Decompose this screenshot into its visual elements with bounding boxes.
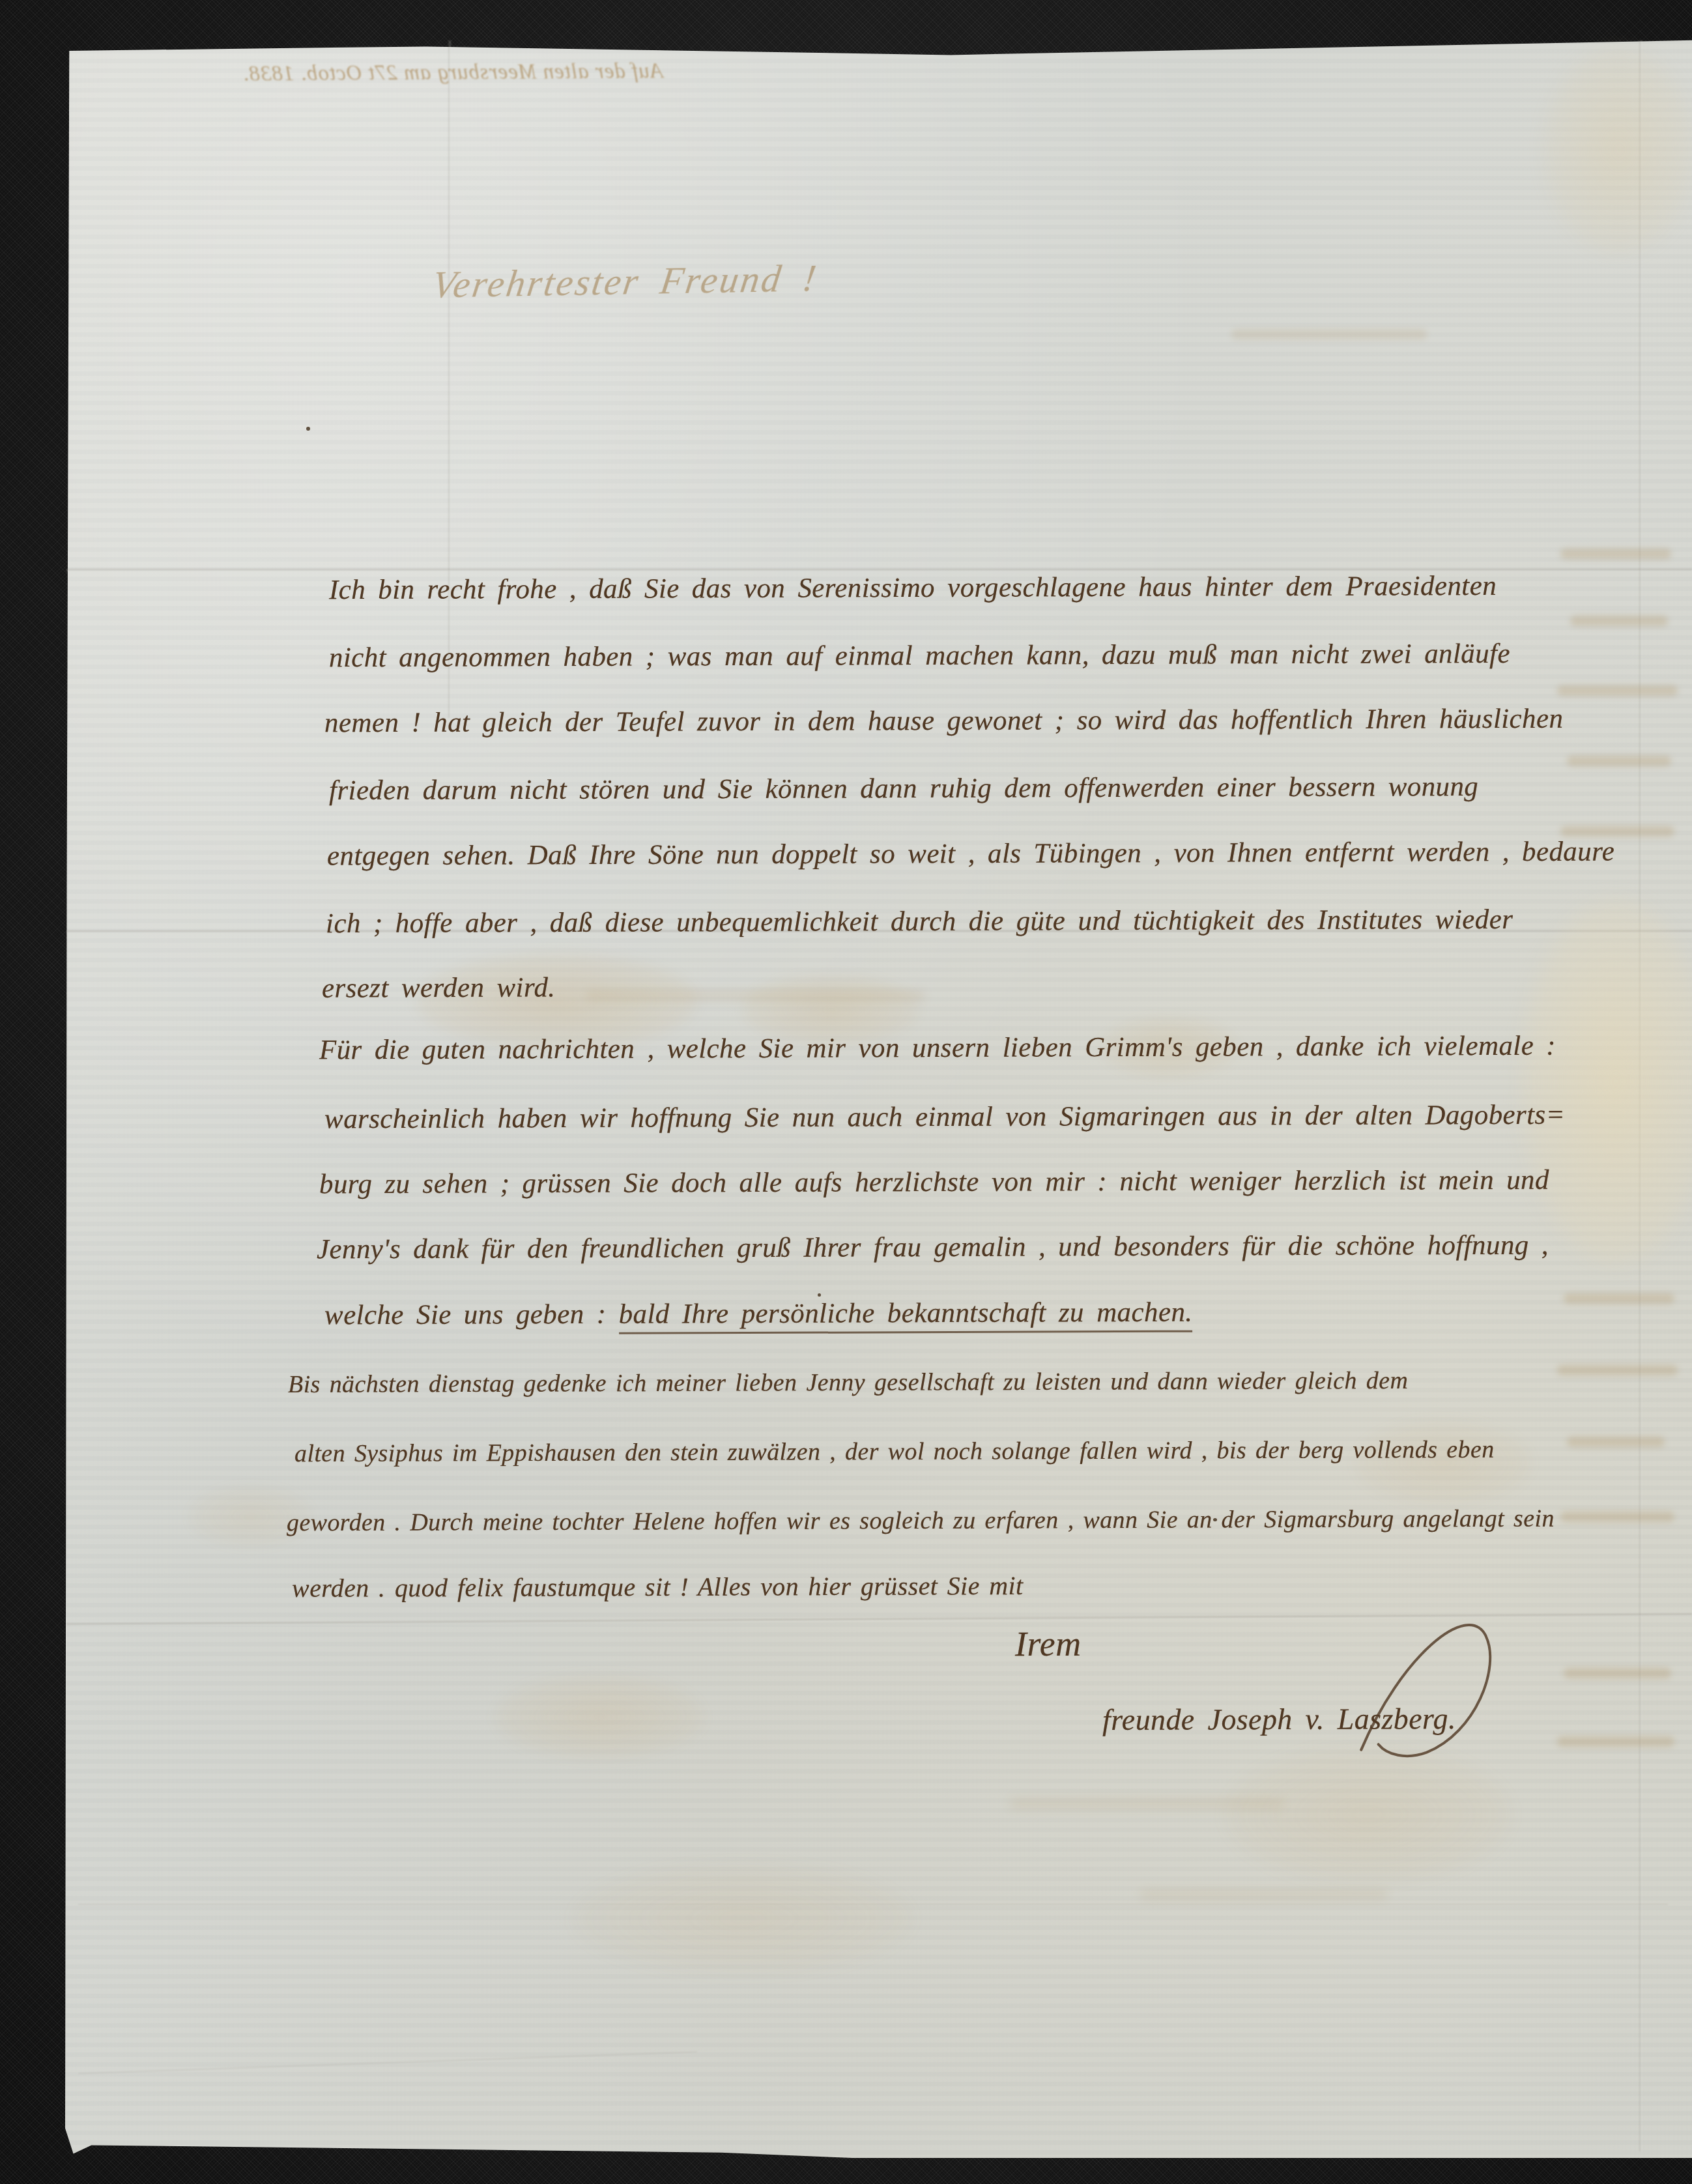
ink-speck: [306, 427, 310, 431]
letter-scan: Auf der alten Meersburg am 27t Octob. 18…: [0, 0, 1692, 2184]
letter-line: nemen ! hat gleich der Teufel zuvor in d…: [324, 703, 1563, 740]
letter-line: warscheinlich haben wir hoffnung Sie nun…: [324, 1099, 1565, 1136]
ink-showthrough: [1570, 616, 1668, 626]
stain: [1544, 46, 1692, 254]
letter-line: werden . quod felix faustumque sit ! All…: [292, 1570, 1024, 1603]
signature-flourish: [1345, 1573, 1521, 1788]
closing-word: Irem: [1015, 1624, 1082, 1664]
letter-line: Jenny's dank für den freundlichen gruß I…: [317, 1229, 1549, 1266]
letter-line-text: welche Sie uns geben :: [324, 1299, 619, 1331]
ink-showthrough: [1567, 1437, 1665, 1447]
ink-showthrough: [1560, 1512, 1674, 1522]
ink-showthrough: [1564, 1668, 1671, 1678]
letter-line: Für die guten nachrichten , welche Sie m…: [319, 1030, 1556, 1067]
ink-showthrough: [1010, 1798, 1283, 1809]
letter-line: burg zu sehen ; grüssen Sie doch alle au…: [319, 1164, 1549, 1201]
letter-line: welche Sie uns geben : bald Ihre persönl…: [324, 1297, 1193, 1332]
letter-line: frieden darum nicht stören und Sie könne…: [329, 771, 1478, 807]
ink-showthrough: [1560, 826, 1674, 837]
letter-line: geworden . Durch meine tochter Helene ho…: [287, 1504, 1555, 1538]
letter-line: ersezt werden wird.: [322, 971, 556, 1004]
letter-line: Bis nächsten dienstag gedenke ich meiner…: [288, 1366, 1408, 1399]
ink-showthrough: [1231, 329, 1427, 339]
ink-showthrough: [1567, 756, 1671, 766]
ink-showthrough: [1557, 1736, 1674, 1747]
fold-crease: [448, 40, 451, 718]
letter-line: nicht angenommen haben ; was man auf ein…: [329, 638, 1510, 674]
ink-showthrough: [1557, 1365, 1678, 1375]
stain: [495, 1674, 704, 1759]
ink-speck: [818, 1293, 821, 1297]
letter-line: entgegen sehen. Daß Ihre Söne nun doppel…: [327, 836, 1614, 872]
letter-line: alten Sysiphus im Eppishausen den stein …: [294, 1435, 1495, 1468]
ink-showthrough: [586, 990, 925, 1001]
ink-showthrough: [1560, 549, 1671, 559]
letter-line: Ich bin recht frohe , daß Sie das von Se…: [329, 570, 1497, 606]
underlined-phrase: bald Ihre persönliche bekanntschaft zu m…: [619, 1297, 1193, 1334]
ink-showthrough: [1564, 1293, 1674, 1304]
ink-showthrough: [1557, 685, 1678, 696]
letter-line: ich ; hoffe aber , daß diese unbequemlic…: [326, 904, 1513, 940]
stain: [573, 1863, 912, 1974]
ink-showthrough: [1140, 1889, 1388, 1900]
salutation: Verehrtester Freund !: [430, 256, 821, 306]
dateline-showthrough: Auf der alten Meersburg am 27t Octob. 18…: [155, 59, 663, 87]
